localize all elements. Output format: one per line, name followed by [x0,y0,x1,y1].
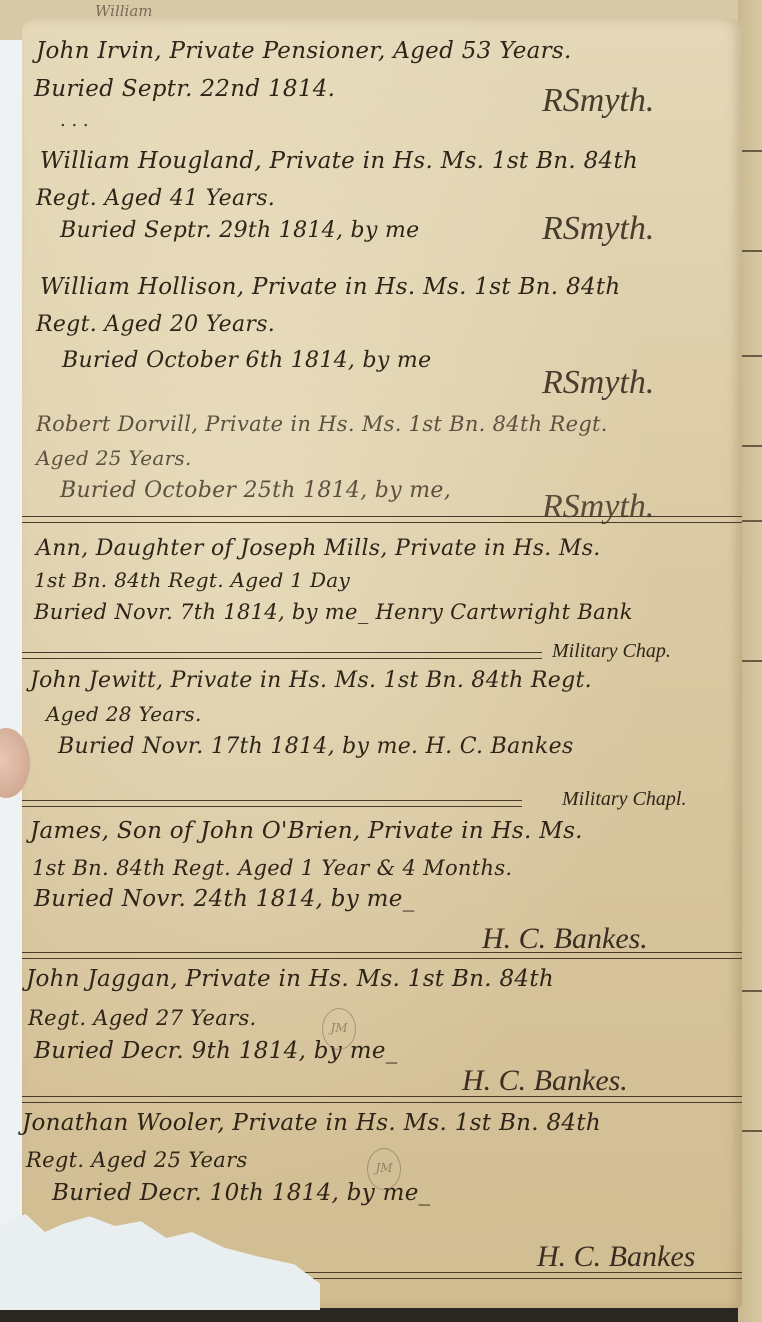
officiant-signature: RSmyth. [542,82,654,120]
officiant-signature: RSmyth. [542,364,654,402]
entry-line: William Hollison, Private in Hs. Ms. 1st… [40,274,621,300]
entry-line: Regt. Aged 41 Years. [36,186,275,211]
entry-line: Aged 28 Years. [46,702,202,726]
entry-divider-rule [22,1096,742,1103]
entry-line: James, Son of John O'Brien, Private in H… [30,818,583,844]
entry-line: John Jaggan, Private in Hs. Ms. 1st Bn. … [26,966,554,992]
entry-line: Buried October 6th 1814, by me [62,348,431,373]
entry-line: 1st Bn. 84th Regt. Aged 1 Year & 4 Month… [32,856,512,880]
entry-line: Buried Novr. 17th 1814, by me. H. C. Ban… [58,734,574,759]
entry-line: Robert Dorvill, Private in Hs. Ms. 1st B… [36,412,608,436]
entry-line: John Irvin, Private Pensioner, Aged 53 Y… [36,38,572,64]
entry-line: John Jewitt, Private in Hs. Ms. 1st Bn. … [30,668,592,693]
officiant-signature: H. C. Bankes. [462,1064,628,1098]
entry-divider-rule [22,952,742,959]
entry-line: Buried Novr. 7th 1814, by me_ Henry Cart… [34,600,633,624]
entry-line: Buried Septr. 29th 1814, by me [60,218,419,243]
officiant-signature: H. C. Bankes. [482,922,648,956]
officiant-title: Military Chap. [552,640,671,663]
register-page: John Irvin, Private Pensioner, Aged 53 Y… [22,18,742,1308]
entry-line: Regt. Aged 27 Years. [28,1006,257,1030]
entry-line: Regt. Aged 25 Years [26,1148,248,1172]
officiant-title: Military Chapl. [562,788,686,811]
entry-divider-rule [22,652,542,659]
entry-line: William Hougland, Private in Hs. Ms. 1st… [40,148,638,174]
entry-divider-rule [22,800,522,807]
officiant-signature: H. C. Bankes [537,1240,695,1274]
entry-line: Buried October 25th 1814, by me, [60,478,451,503]
ellipsis-mark: . . . [60,110,89,131]
officiant-signature: RSmyth. [542,210,654,248]
entry-divider-rule [22,516,742,523]
archive-stamp: JM [367,1148,401,1190]
archive-stamp: JM [322,1008,356,1050]
entry-line: Regt. Aged 20 Years. [36,312,275,337]
entry-line: Jonathan Wooler, Private in Hs. Ms. 1st … [22,1110,601,1136]
entry-line: Buried Novr. 24th 1814, by me_ [34,886,415,912]
entry-line: Buried Septr. 22nd 1814. [34,76,335,102]
entry-line: Ann, Daughter of Joseph Mills, Private i… [36,536,601,561]
entry-line: Aged 25 Years. [36,446,192,470]
entry-line: 1st Bn. 84th Regt. Aged 1 Day [34,568,350,592]
entry-divider-rule [272,1272,742,1279]
